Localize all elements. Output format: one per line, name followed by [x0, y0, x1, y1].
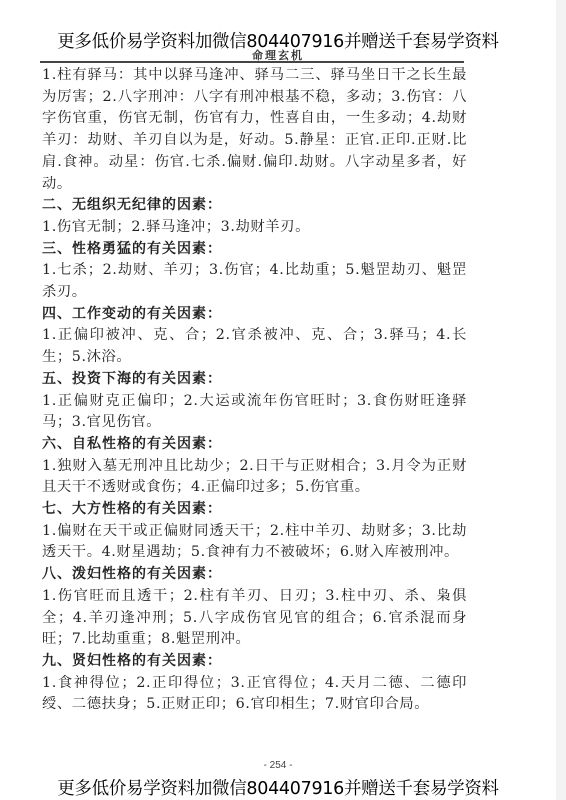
heading-section-4: 四、工作变动的有关因素：	[42, 304, 467, 326]
paragraph-section-8: 1.伤官旺而且透干；2.柱有羊刃、日刃；3.柱中刃、杀、枭俱全；4.羊刃逢冲刑；…	[42, 586, 467, 651]
heading-section-6: 六、自私性格的有关因素：	[42, 434, 467, 456]
document-page: 更多低价易学资料加微信804407916并赠送千套易学资料 命理玄机 1.柱有驿…	[0, 0, 556, 800]
page-number: - 254 -	[0, 760, 556, 771]
header-rule	[40, 61, 464, 63]
paragraph-section-3: 1.七杀；2.劫财、羊刃；3.伤官；4.比劫重；5.魁罡劫刃、魁罡杀刃。	[42, 260, 467, 303]
heading-section-5: 五、投资下海的有关因素：	[42, 369, 467, 391]
body-text: 1.柱有驿马：其中以驿马逢冲、驿马二三、驿马坐日干之长生最为厉害；2.八字刑冲：…	[42, 65, 467, 716]
paragraph-section-4: 1.正偏印被冲、克、合；2.官杀被冲、克、合；3.驿马；4.长生；5.沐浴。	[42, 325, 467, 368]
paragraph-section-9: 1.食神得位；2.正印得位；3.正官得位；4.天月二德、二德印绶、二德扶身；5.…	[42, 673, 467, 716]
heading-section-7: 七、大方性格的有关因素：	[42, 499, 467, 521]
paragraph-section-6: 1.独财入墓无刑冲且比劫少；2.日干与正财相合；3.月令为正财且天干不透财或食伤…	[42, 456, 467, 499]
heading-section-3: 三、性格勇猛的有关因素：	[42, 239, 467, 261]
heading-section-2: 二、无组织无纪律的因素：	[42, 195, 467, 217]
scrollbar-track[interactable]	[556, 0, 566, 800]
paragraph-section-5: 1.正偏财克正偏印；2.大运或流年伤官旺时；3.食伤财旺逢驿马；3.官见伤官。	[42, 391, 467, 434]
paragraph-section-7: 1.偏财在天干或正偏财同透天干；2.柱中羊刃、劫财多；3.比劫透天干。4.财星遇…	[42, 521, 467, 564]
paragraph-intro: 1.柱有驿马：其中以驿马逢冲、驿马二三、驿马坐日干之长生最为厉害；2.八字刑冲：…	[42, 65, 467, 195]
heading-section-8: 八、泼妇性格的有关因素：	[42, 564, 467, 586]
paragraph-section-2: 1.伤官无制；2.驿马逢冲；3.劫财羊刃。	[42, 217, 467, 239]
watermark-bottom: 更多低价易学资料加微信804407916并赠送千套易学资料	[0, 775, 556, 800]
heading-section-9: 九、贤妇性格的有关因素：	[42, 651, 467, 673]
